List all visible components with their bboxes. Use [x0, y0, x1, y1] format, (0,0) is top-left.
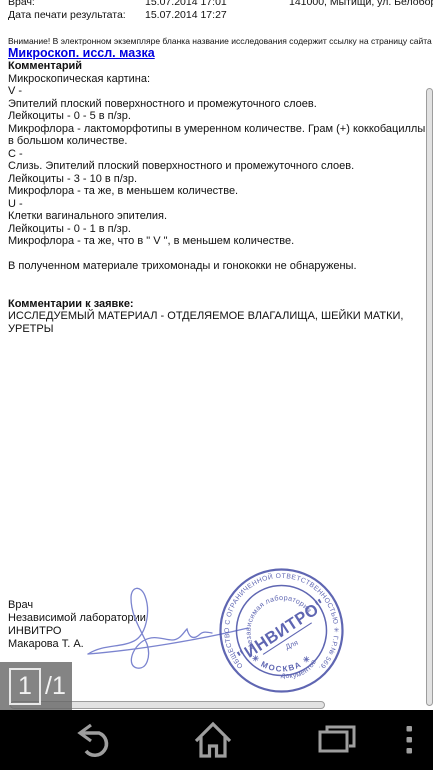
document-page: Врач:15.07.2014 17:01 Дата печати резуль… [0, 0, 433, 710]
notice-text: Внимание! В электронном экземпляре бланк… [8, 36, 433, 46]
comment-line: V - [8, 85, 426, 98]
current-page-number: 1 [18, 672, 32, 701]
comment-line: ИССЛЕДУЕМЫЙ МАТЕРИАЛ - ОТДЕЛЯЕМОЕ ВЛАГАЛ… [8, 310, 426, 335]
comment-line [8, 273, 426, 286]
home-button[interactable] [191, 710, 235, 770]
menu-button[interactable] [394, 710, 424, 770]
stamp-outer-text: ОБЩЕСТВО С ОГРАНИЧЕННОЙ ОТВЕТСТВЕННОСТЬЮ… [217, 566, 340, 671]
phone-screen: Врач:15.07.2014 17:01 Дата печати резуль… [0, 0, 433, 770]
comment-line: Микрофлора - та же, что в " V ", в меньш… [8, 235, 426, 248]
header-row: Врач:15.07.2014 17:01 [8, 0, 227, 9]
header-row: Дата печати результата:15.07.2014 17:27 [8, 9, 227, 22]
recent-apps-button[interactable] [315, 710, 359, 770]
test-name-link[interactable]: Микроскоп. иссл. мазка [8, 46, 155, 60]
comment-line: Лейкоциты - 3 - 10 в п/зр. [8, 173, 426, 186]
print-date-label: Дата печати результата: [8, 9, 145, 22]
comment-line: C - [8, 148, 426, 161]
comment-line: Лейкоциты - 0 - 5 в п/зр. [8, 110, 426, 123]
comment-line: Слизь. Эпителий плоский поверхностного и… [8, 160, 426, 173]
back-button[interactable] [75, 710, 119, 770]
back-icon [75, 722, 119, 758]
comment-line: Лейкоциты - 0 - 1 в п/зр. [8, 223, 426, 236]
current-page-box: 1 [9, 668, 41, 705]
comment-line [8, 285, 426, 298]
comment-line: Микроскопическая картина: [8, 73, 426, 86]
comment-line: Микрофлора - та же, в меньшем количестве… [8, 185, 426, 198]
comment-line: U - [8, 198, 426, 211]
vertical-scrollbar[interactable] [426, 88, 433, 706]
recent-apps-icon [316, 723, 358, 757]
notice-line: Внимание! В электронном экземпляре бланк… [8, 36, 433, 46]
total-pages: /1 [45, 672, 66, 701]
comment-line: Микрофлора - лактоморфотипы в умеренном … [8, 123, 426, 148]
comment-line: Клетки вагинального эпителия. [8, 210, 426, 223]
home-icon [192, 720, 234, 760]
print-date-value: 15.07.2014 17:27 [145, 9, 227, 21]
comment-line: Эпителий плоский поверхностного и промеж… [8, 98, 426, 111]
comment-line: Комментарий [8, 60, 426, 73]
android-nav-bar [0, 710, 433, 770]
comment-line: Комментарии к заявке: [8, 298, 426, 311]
svg-text:ОБЩЕСТВО С ОГРАНИЧЕННОЙ ОТВЕТС: ОБЩЕСТВО С ОГРАНИЧЕННОЙ ОТВЕТСТВЕННОСТЬЮ… [217, 566, 340, 671]
report-header: Врач:15.07.2014 17:01 Дата печати резуль… [8, 0, 227, 22]
doctor-label: Врач: [8, 0, 145, 9]
comment-line: В полученном материале трихомонады и гон… [8, 260, 426, 273]
invitro-round-stamp: ОБЩЕСТВО С ОГРАНИЧЕННОЙ ОТВЕТСТВЕННОСТЬЮ… [217, 566, 346, 695]
lab-address-fragment: 141000, Мытищи, ул. Белобородо [289, 0, 433, 9]
menu-dots-icon [397, 722, 421, 758]
page-indicator[interactable]: 1 /1 [0, 662, 72, 710]
comment-lines: КомментарийМикроскопическая картина:V -Э… [8, 60, 426, 335]
comment-line [8, 248, 426, 261]
doctor-row-value: 15.07.2014 17:01 [145, 0, 227, 8]
